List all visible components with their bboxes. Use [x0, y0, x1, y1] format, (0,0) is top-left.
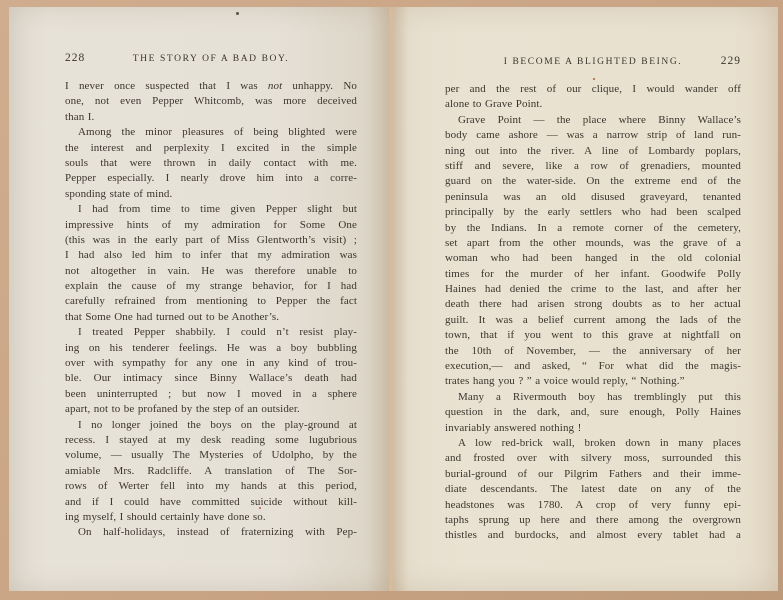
text-line: death there had arisen strong doubts as … — [445, 297, 741, 312]
text-line: guard on the water-side. On the extreme … — [445, 174, 741, 189]
text-line: per and the rest of our clique, I would … — [445, 82, 741, 97]
text-line: peninsula was an old disused graveyard, … — [445, 190, 741, 205]
text-line: A low red-brick wall, broken down in man… — [445, 436, 741, 451]
right-page-header: I BECOME A BLIGHTED BEING. 229 — [445, 55, 741, 69]
text-line: I no longer joined the boys on the play-… — [65, 418, 357, 433]
text-line: I treated Pepper shabbily. I could n’t r… — [65, 325, 357, 340]
left-page-header: 228 THE STORY OF A BAD BOY. — [65, 52, 357, 66]
text-line: by the Indians. In a remote corner of th… — [445, 221, 741, 236]
text-line: explain the cause of my strange behavior… — [65, 279, 357, 294]
text-line: and frosted over with silvery moss, surr… — [445, 451, 741, 466]
left-page-column: 228 THE STORY OF A BAD BOY. I never once… — [65, 52, 357, 541]
text-line: (this was in the early part of Miss Glen… — [65, 233, 357, 248]
text-line: impressive hints of my admiration for So… — [65, 218, 357, 233]
text-line: diate descendants. The latest date on an… — [445, 482, 741, 497]
text-line: thistles and burdocks, and almost every … — [445, 528, 741, 543]
text-line: Haines had denied the crime to the last,… — [445, 282, 741, 297]
text-line: question in the dark, and, sure enough, … — [445, 405, 741, 420]
text-line: set apart from the other mounds, was the… — [445, 236, 741, 251]
right-page-text: per and the rest of our clique, I would … — [445, 82, 741, 544]
text-line: amiable Mrs. Radcliffe. A translation of… — [65, 464, 357, 479]
text-line: alone to Grave Point. — [445, 97, 741, 112]
text-line: Many a Rivermouth boy has tremblingly pu… — [445, 390, 741, 405]
text-line: execution,— and asked, “ For what did th… — [445, 359, 741, 374]
scan-speck — [259, 507, 261, 509]
right-running-title: I BECOME A BLIGHTED BEING. — [445, 55, 741, 67]
text-line: been uninterrupted ; but now I moved in … — [65, 387, 357, 402]
left-page: 228 THE STORY OF A BAD BOY. I never once… — [9, 7, 389, 591]
text-line: recess. I stayed at my desk reading some… — [65, 433, 357, 448]
scan-speck — [593, 78, 595, 80]
text-line: not altogether in vain. He was therefore… — [65, 264, 357, 279]
text-line: Grave Point — the place where Binny Wall… — [445, 113, 741, 128]
left-page-text: I never once suspected that I was not un… — [65, 79, 357, 541]
text-line: I had from time to time given Pepper sli… — [65, 202, 357, 217]
text-line: woman who had been hanged in the old col… — [445, 251, 741, 266]
text-line: one, not even Pepper Whitcomb, was more … — [65, 94, 357, 109]
right-page-column: I BECOME A BLIGHTED BEING. 229 per and t… — [445, 55, 741, 544]
right-page: I BECOME A BLIGHTED BEING. 229 per and t… — [393, 7, 778, 591]
italic-word: not — [268, 80, 282, 92]
text-line: over with sympathy for any one in any ki… — [65, 356, 357, 371]
text-line: body came ashore — was a narrow strip of… — [445, 128, 741, 143]
left-running-title: THE STORY OF A BAD BOY. — [65, 52, 357, 64]
right-page-number: 229 — [721, 55, 741, 67]
text-line: burial-ground of our Pilgrim Fathers and… — [445, 467, 741, 482]
text-line: ing myself, I should certainly have done… — [65, 510, 357, 525]
text-line: I never once suspected that I was not un… — [65, 79, 357, 94]
text-line: rows of Werter fell into my hands at thi… — [65, 479, 357, 494]
text-line: sponding state of mind. — [65, 187, 357, 202]
text-line: that Some One had turned out to be Anoth… — [65, 310, 357, 325]
text-line: On half-holidays, instead of fraternizin… — [65, 525, 357, 540]
text-line: taphs sprung up here and there among the… — [445, 513, 741, 528]
text-line: souls that were thrown in daily contact … — [65, 156, 357, 171]
text-line: town, that if you went to this grave at … — [445, 328, 741, 343]
text-line: carefully refrained from mentioning to P… — [65, 294, 357, 309]
text-line: I had also led him to infer that my admi… — [65, 248, 357, 263]
text-line: trates hang you ? ” a voice would reply,… — [445, 374, 741, 389]
text-line: Among the minor pleasures of being bligh… — [65, 125, 357, 140]
text-line: invariably answered nothing ! — [445, 421, 741, 436]
text-line: principally by the early settlers who ha… — [445, 205, 741, 220]
text-line: ning out into the river. A line of Lomba… — [445, 144, 741, 159]
text-line: stiff and severe, like a row of grenadie… — [445, 159, 741, 174]
text-line: volume, — usually The Mysteries of Udolp… — [65, 448, 357, 463]
text-line: ble. Our intimacy since Binny Wallace’s … — [65, 371, 357, 386]
scan-speck — [236, 12, 239, 15]
text-line: apart, not to be profaned by the step of… — [65, 402, 357, 417]
text-line: times for the murder of her infant. Good… — [445, 267, 741, 282]
text-line: the 10th of November, — the anniversary … — [445, 344, 741, 359]
text-line: and if I could have committed suicide wi… — [65, 495, 357, 510]
book-scan: { "colors": { "scan_border": "#c8a383", … — [0, 0, 783, 600]
text-line: ing on his tenderer feelings. He was a b… — [65, 341, 357, 356]
text-line: headstones was 1780. A crop of very funn… — [445, 498, 741, 513]
left-page-number: 228 — [65, 52, 85, 64]
text-line: than I. — [65, 110, 357, 125]
text-line: Pepper especially. I nearly drove him in… — [65, 171, 357, 186]
text-line: the interest and perplexity I excited in… — [65, 141, 357, 156]
text-line: guilt. It was a belief current among the… — [445, 313, 741, 328]
